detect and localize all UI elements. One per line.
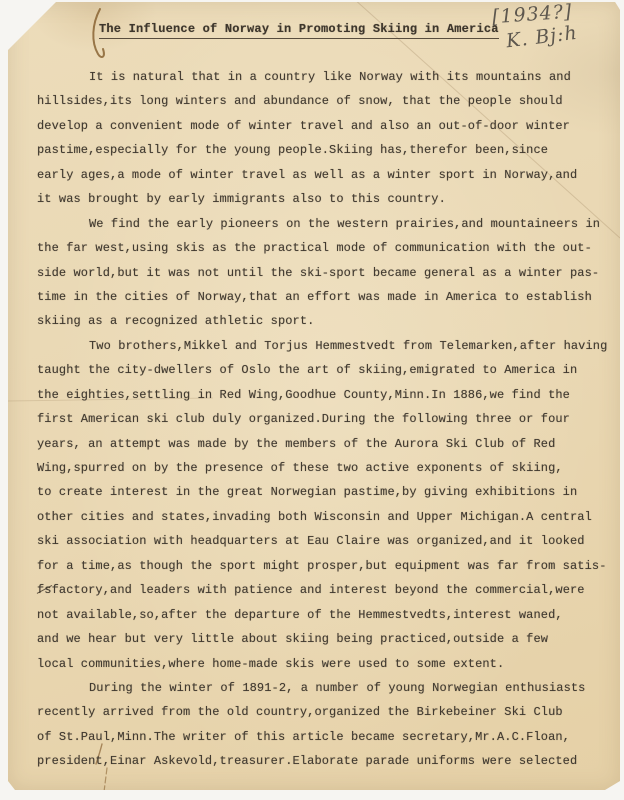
text-line: time in the cities of Norway,that an eff… [37, 285, 612, 309]
text-line: During the winter of 1891-2, a number of… [37, 676, 612, 700]
text-line: for a time,as though the sport might pro… [37, 554, 612, 578]
text-line: the far west,using skis as the practical… [37, 236, 612, 260]
text-line: We find the early pioneers on the wester… [37, 212, 612, 236]
text-line: develop a convenient mode of winter trav… [37, 114, 612, 138]
document-title: The Influence of Norway in Promoting Ski… [99, 22, 499, 39]
text-line: to create interest in the great Norwegia… [37, 480, 612, 504]
text-line: and we hear but very little about skiing… [37, 627, 612, 651]
text-line: president,Einar Askevold,treasurer.Elabo… [37, 749, 612, 773]
text-line: fsfactory,and leaders with patience and … [37, 578, 612, 602]
document-page: The Influence of Norway in Promoting Ski… [8, 2, 620, 790]
text-line: years, an attempt was made by the member… [37, 432, 612, 456]
text-line: local communities,where home-made skis w… [37, 652, 612, 676]
text-line: skiing as a recognized athletic sport. [37, 309, 612, 333]
text-line: side world,but it was not until the ski-… [37, 261, 612, 285]
text-line: hillsides,its long winters and abundance… [37, 89, 612, 113]
text-line: the eighties,settling in Red Wing,Goodhu… [37, 383, 612, 407]
text-line: taught the city-dwellers of Oslo the art… [37, 358, 612, 382]
text-line: Wing,spurred on by the presence of these… [37, 456, 612, 480]
handwritten-annotation: [1934?] K. Bj:h [492, 4, 612, 46]
text-line: of St.Paul,Minn.The writer of this artic… [37, 725, 612, 749]
text-line: first American ski club duly organized.D… [37, 407, 612, 431]
text-line: Two brothers,Mikkel and Torjus Hemmestve… [37, 334, 612, 358]
text-line: not available,so,after the departure of … [37, 603, 612, 627]
text-line: pastime,especially for the young people.… [37, 138, 612, 162]
text-line: ski association with headquarters at Eau… [37, 529, 612, 553]
text-line: early ages,a mode of winter travel as we… [37, 163, 612, 187]
text-line: it was brought by early immigrants also … [37, 187, 612, 211]
struck-text: fs [37, 578, 52, 602]
text-line: other cities and states,invading both Wi… [37, 505, 612, 529]
document-body: It is natural that in a country like Nor… [37, 65, 612, 774]
text-line: It is natural that in a country like Nor… [37, 65, 612, 89]
text-line: recently arrived from the old country,or… [37, 700, 612, 724]
scan-background: The Influence of Norway in Promoting Ski… [0, 0, 624, 800]
